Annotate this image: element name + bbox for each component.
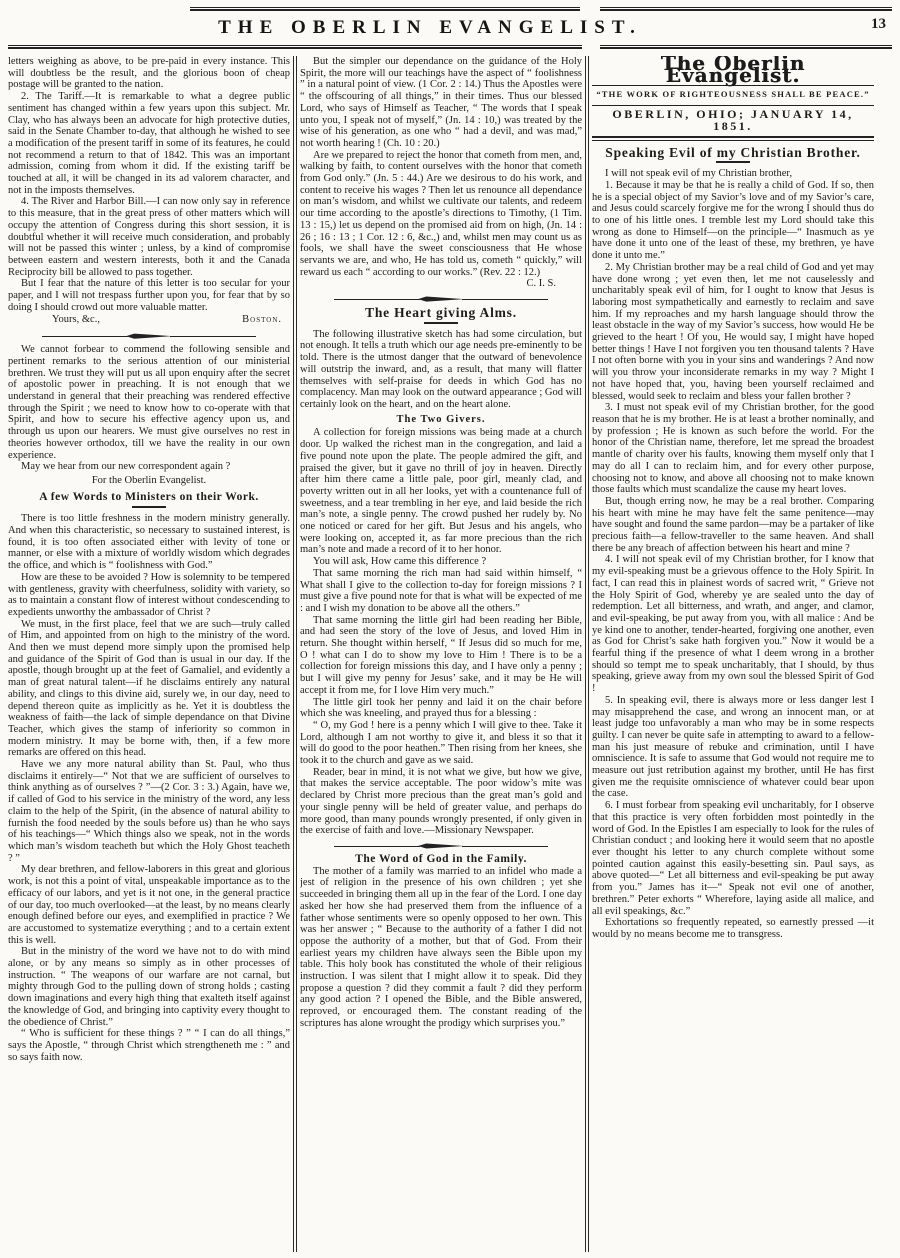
paragraph: 2. My Christian brother may be a real ch… — [592, 262, 874, 402]
letter-signature: Yours, &c., Boston. — [8, 313, 290, 327]
title-rule — [716, 161, 750, 163]
page-number: 13 — [871, 16, 886, 33]
divider-diamond-icon — [418, 296, 464, 302]
paragraph: We must, in the first place, feel that w… — [8, 619, 290, 759]
paragraph: A collection for foreign missions was be… — [300, 427, 582, 556]
header-rule — [600, 45, 892, 49]
divider-diamond-icon — [126, 333, 172, 339]
paragraph: But the simpler our dependance on the gu… — [300, 56, 582, 150]
article-title-ministers-work: A few Words to Ministers on their Work. — [8, 492, 290, 504]
paragraph: But in the ministry of the word we have … — [8, 946, 290, 1028]
paragraph: But I fear that the nature of this lette… — [8, 278, 290, 313]
ornament-divider — [334, 296, 548, 302]
title-rule — [424, 322, 458, 324]
paragraph: letters weighing as above, to be pre-pai… — [8, 56, 290, 91]
paragraph: How are these to be avoided ? How is sol… — [8, 572, 290, 619]
column-middle: But the simpler our dependance on the gu… — [300, 56, 582, 1252]
paragraph: The little girl took her penny and laid … — [300, 697, 582, 720]
paragraph: 1. Because it may be that he is really a… — [592, 180, 874, 262]
divider-diamond-icon — [418, 843, 464, 849]
page-header: THE OBERLIN EVANGELIST. 13 — [0, 0, 900, 52]
column-left: letters weighing as above, to be pre-pai… — [8, 56, 290, 1252]
masthead-dateline: OBERLIN, OHIO; JANUARY 14, 1851. — [592, 109, 874, 132]
article-title-word-of-god-family: The Word of God in the Family. — [300, 854, 582, 866]
paragraph: 5. In speaking evil, there is always mor… — [592, 695, 874, 800]
article-title-heart-giving-alms: The Heart giving Alms. — [300, 307, 582, 319]
paragraph: “ Who is sufficient for these things ? ”… — [8, 1028, 290, 1063]
masthead-double-rule — [592, 136, 874, 141]
paragraph: But, though erring now, he may be a real… — [592, 496, 874, 555]
paragraph: 4. I will not speak evil of my Christian… — [592, 554, 874, 694]
author-initials: C. I. S. — [300, 278, 582, 290]
signature-place: Boston. — [242, 314, 282, 326]
paragraph: My dear brethren, and fellow-laborers in… — [8, 864, 290, 946]
paragraph: May we hear from our new correspondent a… — [8, 461, 290, 473]
paragraph: The following illustrative sketch has ha… — [300, 329, 582, 411]
newspaper-page: THE OBERLIN EVANGELIST. 13 letters weigh… — [0, 0, 900, 1258]
ornament-divider — [42, 333, 256, 339]
paragraph: 6. I must forbear from speaking evil unc… — [592, 800, 874, 917]
paragraph: Are we prepared to reject the honor that… — [300, 150, 582, 279]
paragraph: Exhortations so frequently repeated, so … — [592, 917, 874, 940]
paragraph: You will ask, How came this difference ? — [300, 556, 582, 568]
column-container: letters weighing as above, to be pre-pai… — [0, 52, 900, 1252]
column-divider-rule — [293, 56, 297, 1252]
masthead-motto: “THE WORK OF RIGHTEOUSNESS SHALL BE PEAC… — [592, 89, 874, 101]
column-divider-rule — [585, 56, 589, 1252]
masthead-rule — [592, 105, 874, 106]
title-rule — [132, 506, 166, 508]
signature-closing: Yours, &c., — [52, 314, 100, 326]
header-rule — [190, 7, 580, 11]
paragraph: 4. The River and Harbor Bill.—I can now … — [8, 196, 290, 278]
paragraph: That same morning the little girl had be… — [300, 615, 582, 697]
paragraph: Have we any more natural ability than St… — [8, 759, 290, 864]
ornament-divider — [334, 843, 548, 849]
paragraph: “ O, my God ! here is a penny which I wi… — [300, 720, 582, 767]
paragraph: We cannot forbear to commend the followi… — [8, 344, 290, 461]
attribution-line: For the Oberlin Evangelist. — [8, 475, 290, 487]
paragraph: The mother of a family was married to an… — [300, 866, 582, 1030]
paragraph: That same morning the rich man had said … — [300, 568, 582, 615]
masthead-blackletter-title: The Oberlin Evangelist. — [592, 58, 874, 81]
article-title-speaking-evil: Speaking Evil of my Christian Brother. — [592, 147, 874, 159]
header-rule — [600, 7, 892, 11]
paragraph: 2. The Tariff.—It is remarkable to what … — [8, 91, 290, 196]
paragraph: There is too little freshness in the mod… — [8, 513, 290, 572]
paragraph: Reader, bear in mind, it is not what we … — [300, 767, 582, 837]
paragraph: I will not speak evil of my Christian br… — [592, 168, 874, 180]
section-title-two-givers: The Two Givers. — [300, 414, 582, 426]
header-rule — [8, 45, 582, 49]
paper-title: THE OBERLIN EVANGELIST. — [60, 17, 800, 39]
column-right: The Oberlin Evangelist. “THE WORK OF RIG… — [592, 56, 874, 1252]
paragraph: 3. I must not speak evil of my Christian… — [592, 402, 874, 496]
